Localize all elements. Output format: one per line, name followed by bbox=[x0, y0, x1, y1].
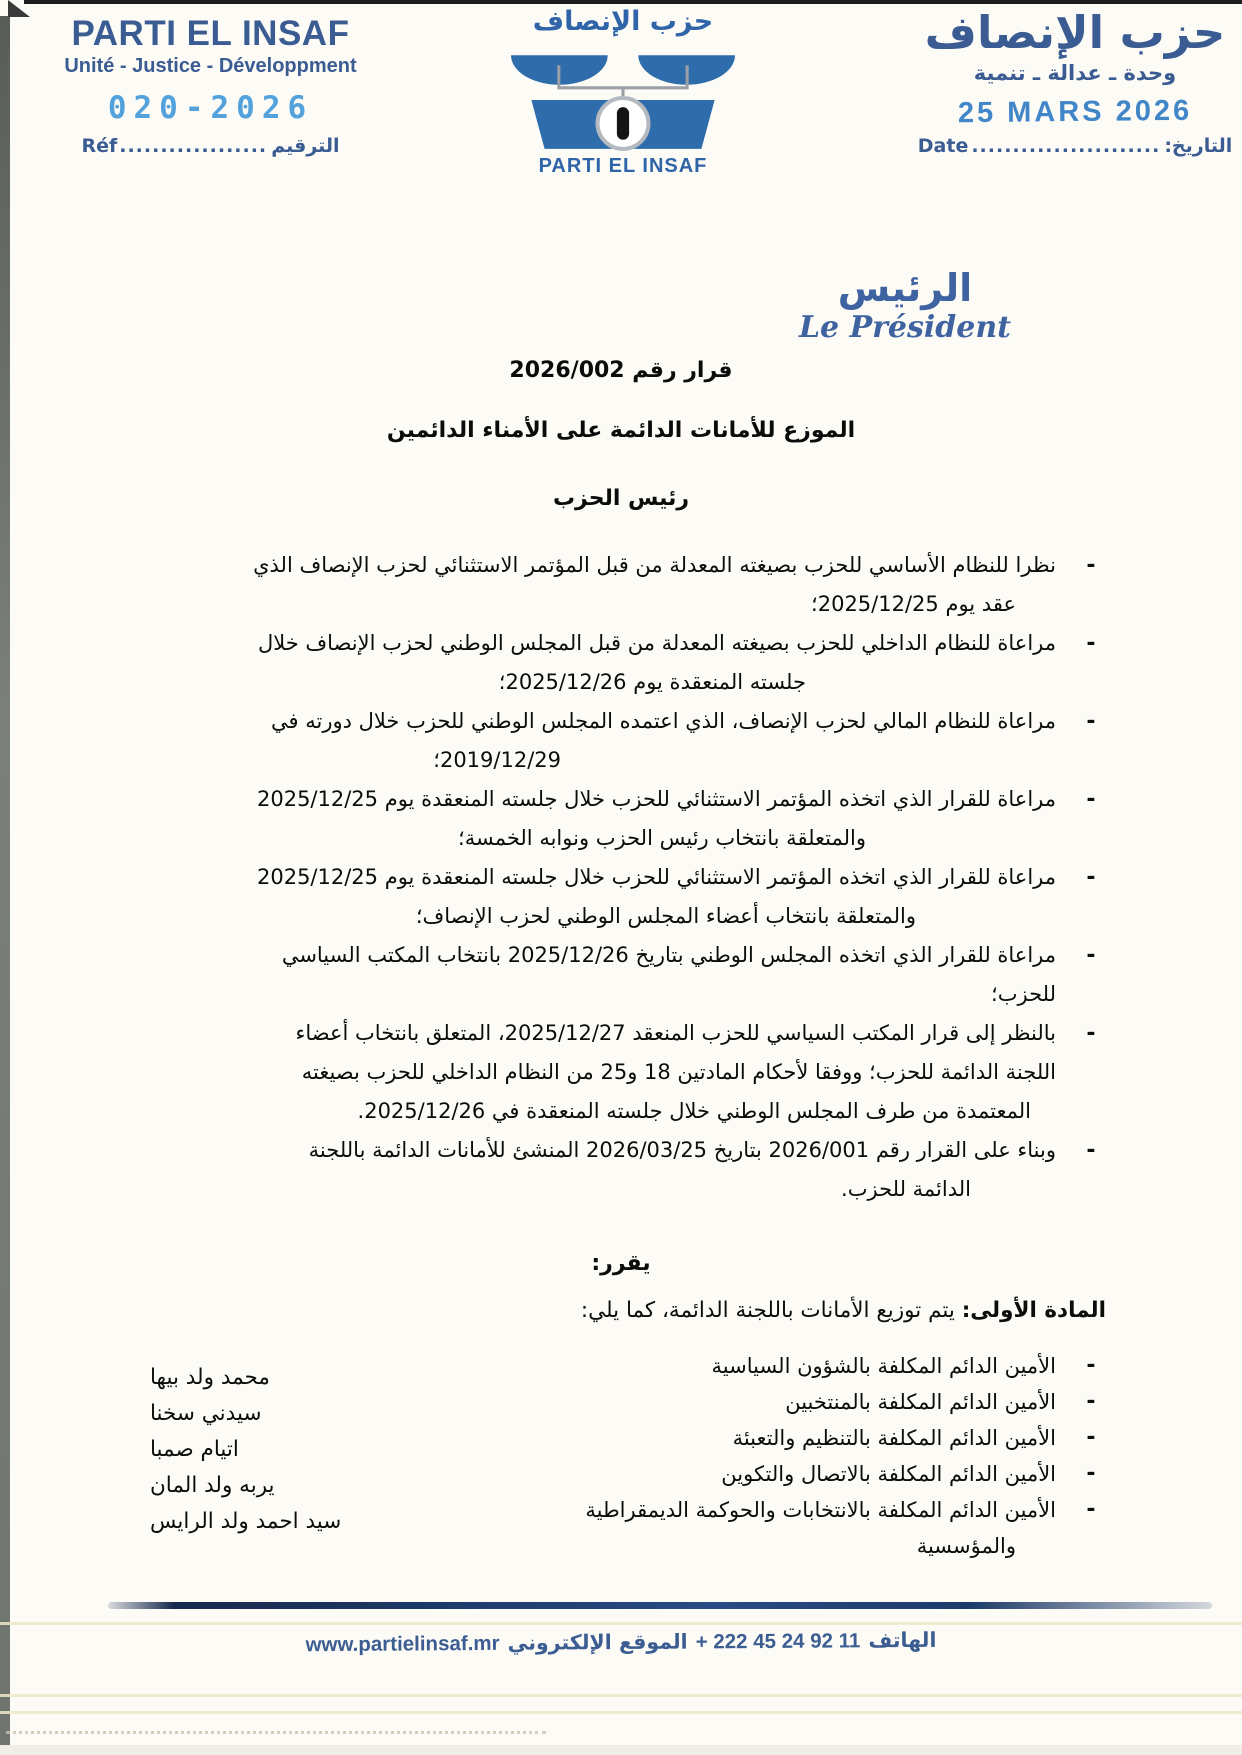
website-label: الموقع الإلكتروني bbox=[507, 1630, 687, 1655]
assignee-name: سيدني سخنا bbox=[150, 1396, 460, 1432]
dash-bullet: - bbox=[1072, 702, 1110, 780]
scales-icon bbox=[504, 41, 742, 153]
dash-bullet: - bbox=[1072, 936, 1110, 1014]
party-logo: حزب الإنصاف PARTI EL INSAF bbox=[468, 6, 778, 178]
dash-bullet: - bbox=[1072, 624, 1110, 702]
assignments-names-list: محمد ولد بيها سيدني سخنا اتيام صمبا يربه… bbox=[150, 1360, 460, 1540]
assignments-roles-list: - الأمين الدائم المكلفة بالشؤون السياسية… bbox=[500, 1348, 1110, 1564]
date-stamp: 25 MARS 2026 bbox=[912, 94, 1238, 130]
footer-contacts: www.partielinsaf.mr الموقع الإلكتروني + … bbox=[0, 1626, 1242, 1660]
consideration-item: - بالنظر إلى قرار المكتب السياسي للحزب ا… bbox=[130, 1014, 1110, 1131]
article-1-line: المادة الأولى: يتم توزيع الأمانات باللجن… bbox=[130, 1294, 1106, 1328]
consideration-item: - مراعاة للقرار الذي اتخذه المؤتمر الاست… bbox=[130, 780, 1110, 858]
assignment-role: الأمين الدائم المكلفة بالشؤون السياسية bbox=[500, 1348, 1072, 1384]
president-heading: الرئيس Le Président bbox=[760, 266, 1050, 345]
assignment-role: الأمين الدائم المكلفة بالاتصال والتكوين bbox=[500, 1456, 1072, 1492]
scan-yellow-line bbox=[0, 1694, 1242, 1697]
assignment-role-line1: الأمين الدائم المكلفة بالانتخابات والحوك… bbox=[585, 1498, 1056, 1522]
logo-name-fr: PARTI EL INSAF bbox=[468, 155, 778, 178]
consideration-item: - نظرا للنظام الأساسي للحزب بصيغته المعد… bbox=[130, 546, 1110, 624]
consideration-item: - مراعاة للنظام المالي لحزب الإنصاف، الذ… bbox=[130, 702, 1110, 780]
assignment-role: الأمين الدائم المكلفة بالانتخابات والحوك… bbox=[500, 1492, 1072, 1564]
footer-rule bbox=[108, 1602, 1212, 1609]
consideration-line: عقد يوم 2025/12/25؛ bbox=[130, 585, 1056, 624]
article-1-text: يتم توزيع الأمانات باللجنة الدائمة، كما … bbox=[581, 1298, 962, 1323]
decides-heading: يقرر: bbox=[0, 1251, 1242, 1276]
consideration-line: وبناء على القرار رقم 2026/001 بتاريخ 202… bbox=[130, 1131, 1056, 1170]
scan-yellow-line bbox=[0, 1711, 1242, 1714]
consideration-line: اللجنة الدائمة للحزب؛ ووفقا لأحكام الماد… bbox=[130, 1053, 1056, 1092]
logo-name-ar: حزب الإنصاف bbox=[468, 6, 778, 37]
article-1-label: المادة الأولى: bbox=[962, 1298, 1106, 1323]
dash-bullet: - bbox=[1072, 1384, 1110, 1420]
reference-number-stamp: 020-2026 bbox=[58, 90, 363, 126]
assignee-name: سيد احمد ولد الرايس bbox=[150, 1504, 460, 1540]
decree-number: قرار رقم 2026/002 bbox=[0, 358, 1242, 383]
consideration-item: - مراعاة للنظام الداخلي للحزب بصيغته الم… bbox=[130, 624, 1110, 702]
dash-bullet: - bbox=[1072, 1420, 1110, 1456]
assignment-role-row: - الأمين الدائم المكلفة بالمنتخبين bbox=[500, 1384, 1110, 1420]
reference-line: Réf..........................الترقيم bbox=[58, 135, 363, 157]
dash-bullet: - bbox=[1072, 546, 1110, 624]
consideration-line: نظرا للنظام الأساسي للحزب بصيغته المعدلة… bbox=[130, 546, 1056, 585]
consideration-line: بالنظر إلى قرار المكتب السياسي للحزب الم… bbox=[130, 1014, 1056, 1053]
website-url: www.partielinsaf.mr bbox=[305, 1632, 499, 1657]
party-name-fr: PARTI EL INSAF bbox=[58, 14, 363, 54]
consideration-line: والمتعلقة بانتخاب رئيس الحزب ونوابه الخم… bbox=[130, 819, 1056, 858]
dash-bullet: - bbox=[1072, 780, 1110, 858]
consideration-item: - وبناء على القرار رقم 2026/001 بتاريخ 2… bbox=[130, 1131, 1110, 1209]
phone-label: الهاتف bbox=[868, 1628, 936, 1652]
party-motto-ar: وحدة ـ عدالة ـ تنمية bbox=[912, 61, 1238, 85]
consideration-item: - مراعاة للقرار الذي اتخذه المؤتمر الاست… bbox=[130, 858, 1110, 936]
date-line: Date...........................التاريخ: bbox=[912, 135, 1238, 157]
consideration-line: مراعاة للقرار الذي اتخذه المؤتمر الاستثن… bbox=[130, 780, 1056, 819]
consideration-line: والمتعلقة بانتخاب أعضاء المجلس الوطني لح… bbox=[130, 897, 1056, 936]
president-fr: Le Président bbox=[760, 310, 1050, 345]
scan-yellow-line bbox=[0, 1622, 1242, 1625]
date-dots: ........................... bbox=[971, 135, 1161, 157]
party-name-ar: حزب الإنصاف bbox=[912, 6, 1238, 59]
consideration-item: - مراعاة للقرار الذي اتخذه المجلس الوطني… bbox=[130, 936, 1110, 1014]
consideration-line: جلسته المنعقدة يوم 2025/12/26؛ bbox=[130, 663, 1056, 702]
assignee-name: يربه ولد المان bbox=[150, 1468, 460, 1504]
ref-label-fr: Réf bbox=[81, 135, 117, 157]
dash-bullet: - bbox=[1072, 1131, 1110, 1209]
dash-bullet: - bbox=[1072, 1456, 1110, 1492]
assignee-name: اتيام صمبا bbox=[150, 1432, 460, 1468]
assignment-role-row: - الأمين الدائم المكلفة بالاتصال والتكوي… bbox=[500, 1456, 1110, 1492]
phone-number: + 222 45 24 92 11 bbox=[696, 1629, 861, 1654]
consideration-line: مراعاة للنظام المالي لحزب الإنصاف، الذي … bbox=[130, 702, 1056, 741]
consideration-line: مراعاة للقرار الذي اتخذه المؤتمر الاستثن… bbox=[130, 858, 1056, 897]
dash-bullet: - bbox=[1072, 1492, 1110, 1564]
date-label-fr: Date bbox=[918, 135, 969, 157]
assignment-role-row: - الأمين الدائم المكلفة بالتنظيم والتعبئ… bbox=[500, 1420, 1110, 1456]
decree-subject: الموزع للأمانات الدائمة على الأمناء الدا… bbox=[0, 418, 1242, 443]
consideration-line: الدائمة للحزب. bbox=[130, 1170, 1056, 1209]
assignment-role: الأمين الدائم المكلفة بالتنظيم والتعبئة bbox=[500, 1420, 1072, 1456]
ref-dots: .......................... bbox=[119, 135, 269, 157]
dash-bullet: - bbox=[1072, 1014, 1110, 1131]
consideration-line: مراعاة للنظام الداخلي للحزب بصيغته المعد… bbox=[130, 624, 1056, 663]
scanned-letter-page: PARTI EL INSAF Unité - Justice - Dévelop… bbox=[0, 0, 1242, 1755]
dash-bullet: - bbox=[1072, 858, 1110, 936]
date-label-ar: التاريخ: bbox=[1164, 135, 1232, 157]
consideration-line: المعتمدة من طرف المجلس الوطني خلال جلسته… bbox=[130, 1092, 1056, 1131]
letterhead-right: حزب الإنصاف وحدة ـ عدالة ـ تنمية 25 MARS… bbox=[912, 6, 1238, 157]
assignment-role-row: - الأمين الدائم المكلفة بالشؤون السياسية bbox=[500, 1348, 1110, 1384]
assignment-role: الأمين الدائم المكلفة بالمنتخبين bbox=[500, 1384, 1072, 1420]
assignee-name: محمد ولد بيها bbox=[150, 1360, 460, 1396]
considerations-list: - نظرا للنظام الأساسي للحزب بصيغته المعد… bbox=[130, 546, 1110, 1209]
scan-dotted-line bbox=[6, 1731, 546, 1734]
dash-bullet: - bbox=[1072, 1348, 1110, 1384]
president-ar: الرئيس bbox=[760, 266, 1050, 310]
scan-left-edge bbox=[0, 16, 10, 1755]
scan-bottom-band bbox=[0, 1745, 1242, 1755]
letterhead-left: PARTI EL INSAF Unité - Justice - Dévelop… bbox=[58, 14, 363, 157]
party-motto-fr: Unité - Justice - Développment bbox=[58, 55, 363, 78]
assignment-role-row: - الأمين الدائم المكلفة بالانتخابات والح… bbox=[500, 1492, 1110, 1564]
consideration-line: 2019/12/29؛ bbox=[130, 741, 1056, 780]
decree-issuer: رئيس الحزب bbox=[0, 486, 1242, 511]
assignment-role-line2: والمؤسسية bbox=[500, 1528, 1056, 1564]
consideration-line: مراعاة للقرار الذي اتخذه المجلس الوطني ب… bbox=[130, 936, 1056, 975]
consideration-line: للحزب؛ bbox=[130, 975, 1056, 1014]
scan-top-edge bbox=[24, 0, 1242, 4]
ref-label-ar: الترقيم bbox=[271, 135, 339, 157]
